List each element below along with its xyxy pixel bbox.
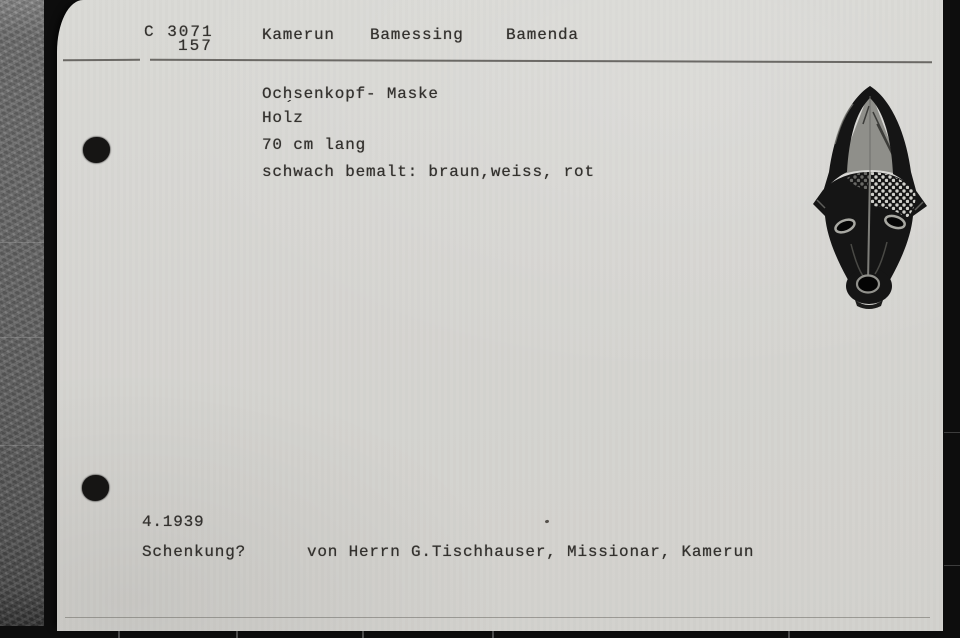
right-strip-seam <box>944 432 960 433</box>
catalog-card: C 3071 157 Kamerun Bamessing Bamenda Och… <box>57 0 943 631</box>
right-strip-seam <box>944 565 960 566</box>
left-strip-seam <box>0 337 44 338</box>
left-strip-seam <box>0 445 44 446</box>
mask-face <box>813 172 927 309</box>
ink-speck <box>545 520 550 524</box>
bottom-strip-seam <box>362 630 364 638</box>
acquisition-label: Schenkung? <box>142 544 246 560</box>
locality-label: Bamessing <box>370 27 464 43</box>
scanned-catalog-card-page: C 3071 157 Kamerun Bamessing Bamenda Och… <box>0 0 960 638</box>
bottom-rule <box>65 617 930 618</box>
paint-line: schwach bemalt: braun,weiss, rot <box>262 164 595 180</box>
country-label: Kamerun <box>262 27 335 43</box>
region-label: Bamenda <box>506 27 579 43</box>
left-strip-seam <box>0 242 44 243</box>
punch-hole-bottom <box>82 475 109 501</box>
header-rule-left <box>63 59 140 61</box>
bottom-strip-seam <box>492 630 494 638</box>
inventory-subnumber: 157 <box>178 38 213 54</box>
dimension-line: 70 cm lang <box>262 137 366 153</box>
bottom-strip-seam <box>118 630 120 638</box>
punch-hole-top <box>83 137 110 163</box>
date-label: 4.1939 <box>142 514 204 530</box>
bottom-strip-seam <box>236 630 238 638</box>
background-texture-left <box>0 0 44 626</box>
bottom-strip-seam <box>788 630 790 638</box>
mask-photo <box>811 84 929 310</box>
provenance-label: von Herrn G.Tischhauser, Missionar, Kame… <box>307 544 754 560</box>
header-rule <box>150 59 932 63</box>
